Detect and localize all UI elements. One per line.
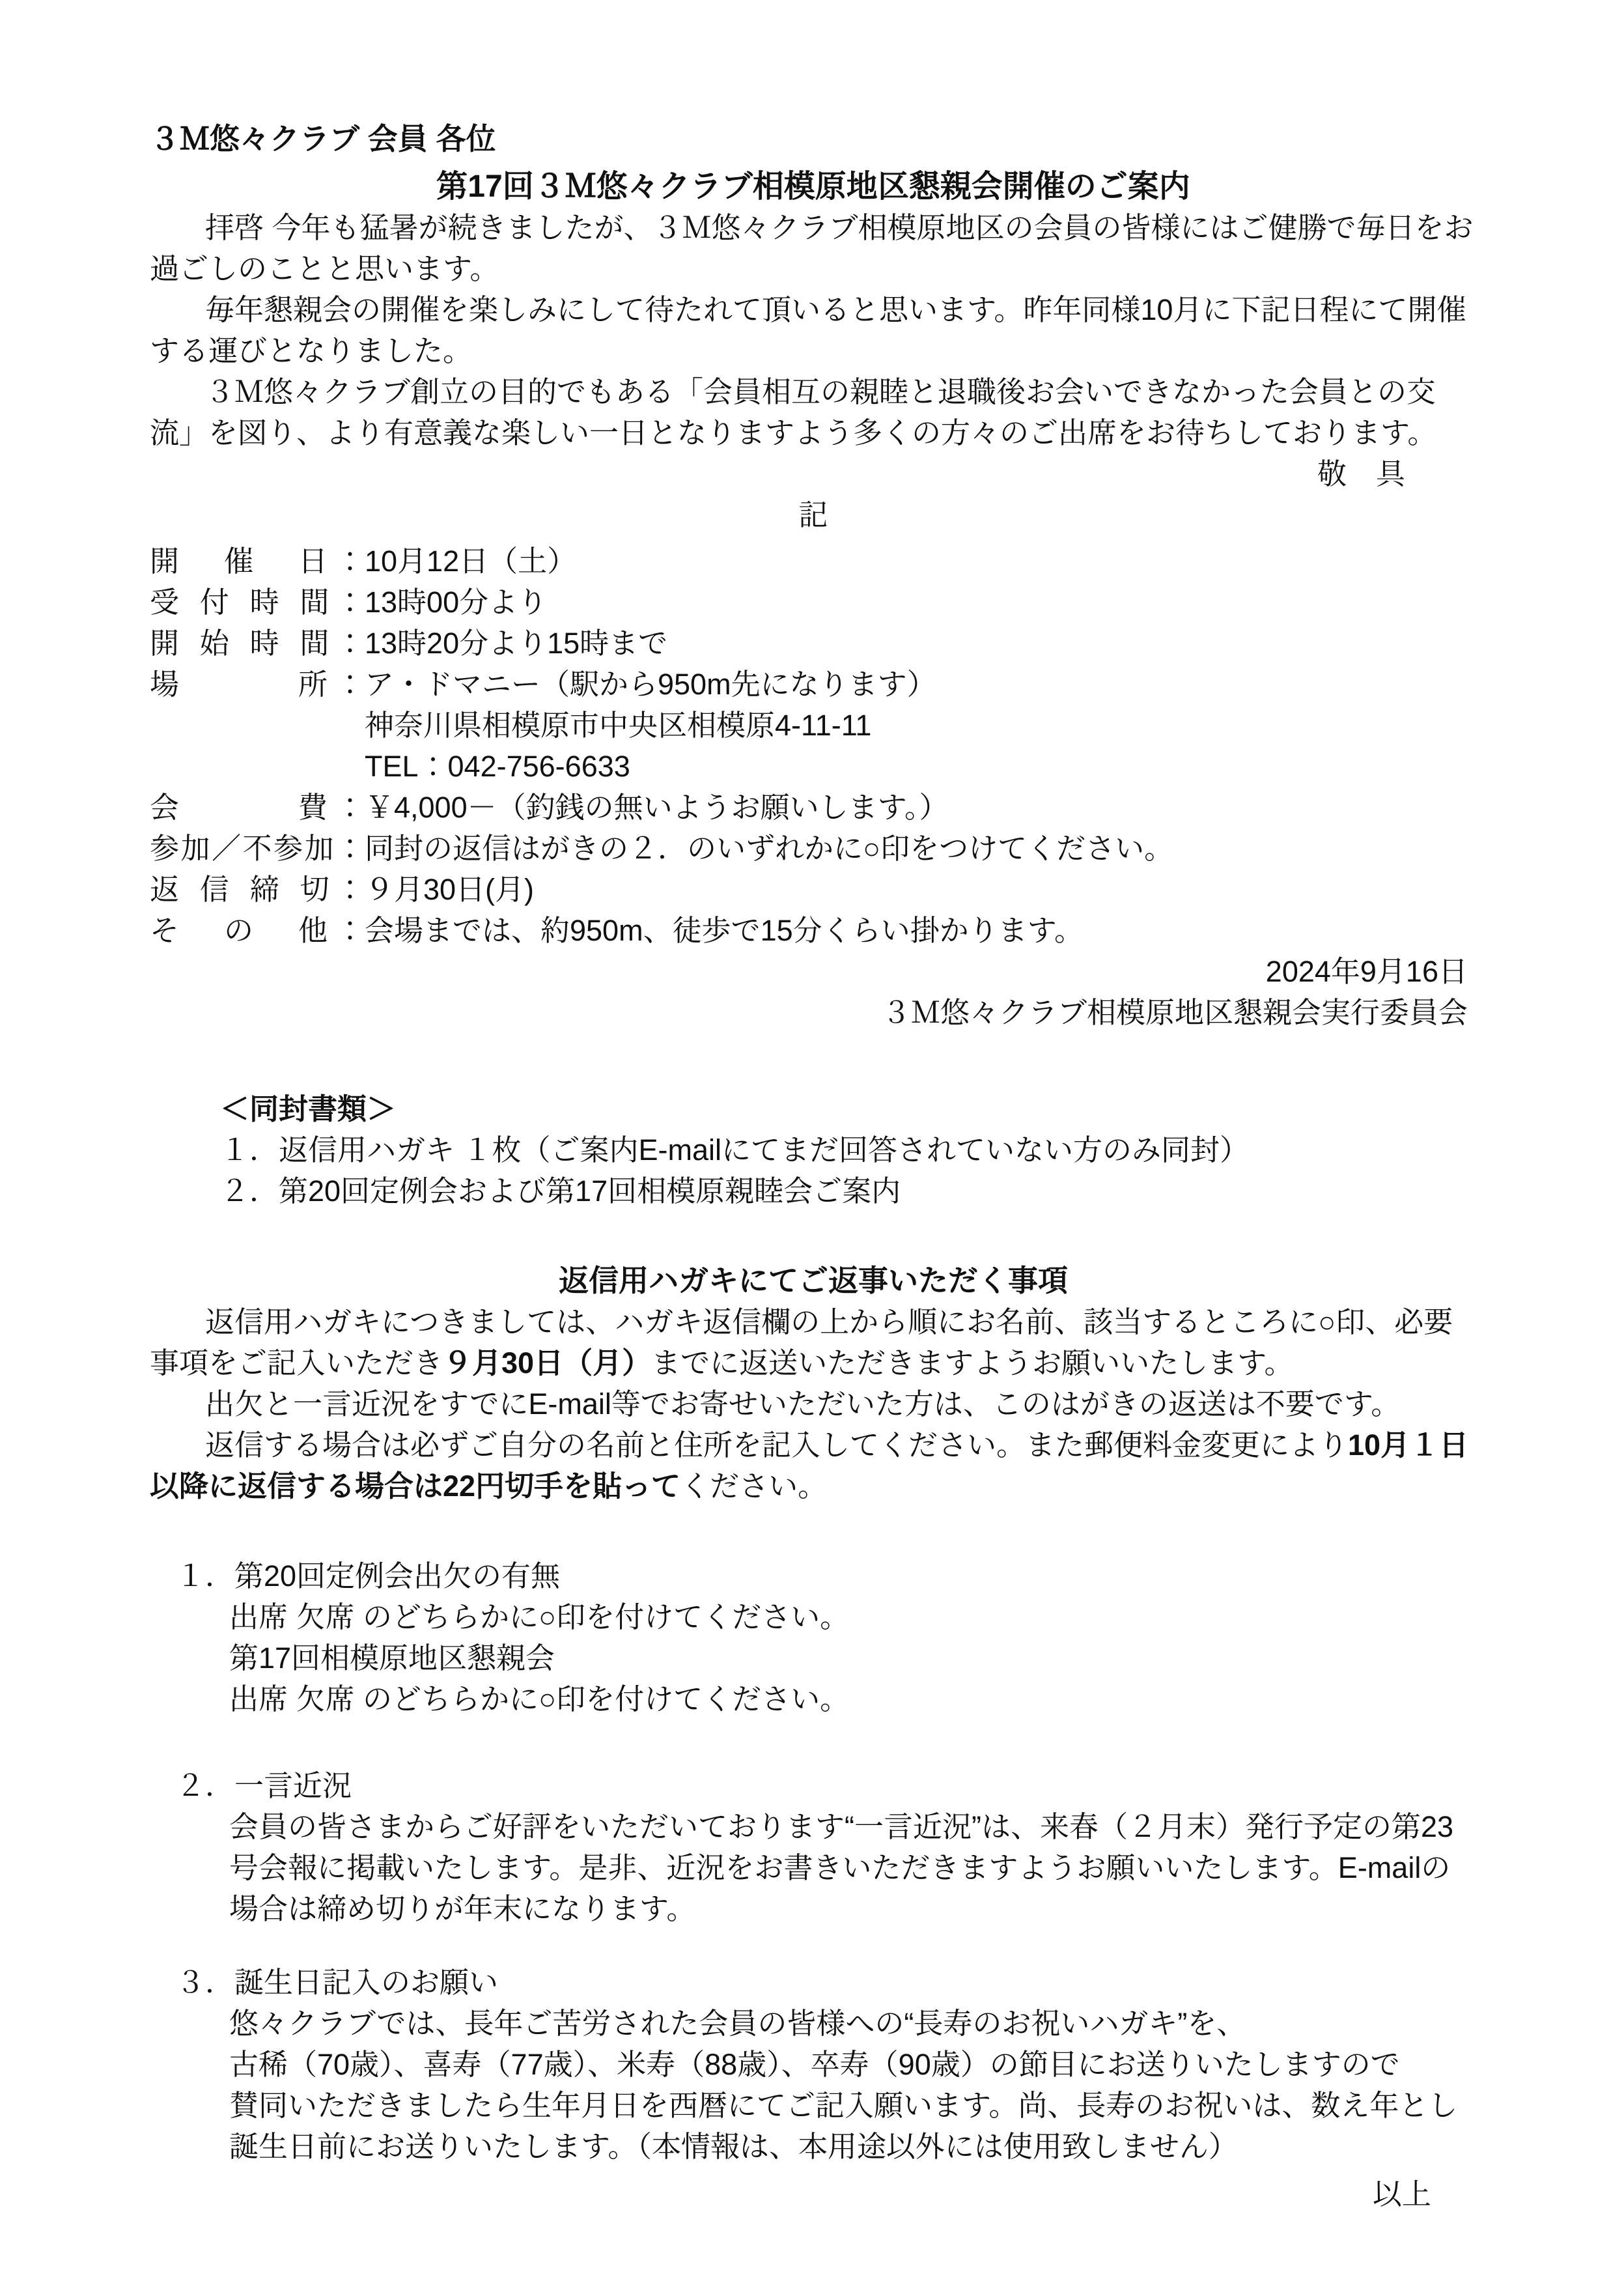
detail-row-other: そ の 他：会場までは、約950m、徒歩で15分くらい掛かります。 xyxy=(150,910,1477,951)
detail-value: 神奈川県相模原市中央区相模原4-11-11 xyxy=(365,709,871,742)
reply-section-2: ２．一言近況 会員の皆さまからご好評をいただいております“一言近況”は、来春（２… xyxy=(150,1765,1477,1929)
detail-row-date: 開 催 日：10月12日（土） xyxy=(150,541,1477,582)
reply-paragraph-1-post: までに返送いただきますようお願いいたします。 xyxy=(651,1346,1293,1380)
reply-section-3: ３．誕生日記入のお願い 悠々クラブでは、長年ご苦労された会員の皆様への“長寿のお… xyxy=(150,1962,1477,2167)
reply-paragraph-1: 返信用ハガキにつきましては、ハガキ返信欄の上から順にお名前、該当するところに○印… xyxy=(150,1301,1477,1383)
detail-label: 開 始 時 間： xyxy=(150,623,365,664)
section-2-body: 会員の皆さまからご好評をいただいております“一言近況”は、来春（２月末）発行予定… xyxy=(229,1806,1477,1929)
reply-section-1: １．第20回定例会出欠の有無 出席 欠席 のどちらかに○印を付けてください。 第… xyxy=(150,1555,1477,1720)
intro-paragraph-3: ３Ｍ悠々クラブ創立の目的でもある「会員相互の親睦と退職後お会いできなかった会員と… xyxy=(150,371,1477,453)
detail-value: ￥4,000－（釣銭の無いようお願いします。） xyxy=(365,791,949,824)
section-3-line-2: 古稀（70歳）、喜寿（77歳）、米寿（88歳）、卒寿（90歳）の節目にお送りいた… xyxy=(229,2044,1477,2085)
detail-value: ９月30日(月) xyxy=(365,873,534,906)
section-1-title: １．第20回定例会出欠の有無 xyxy=(176,1555,1477,1596)
reply-paragraph-3: 返信する場合は必ずご自分の名前と住所を記入してください。また郵便料金変更により1… xyxy=(150,1424,1477,1507)
reply-paragraph-3-pre: 返信する場合は必ずご自分の名前と住所を記入してください。また郵便料金変更により xyxy=(176,1428,1348,1462)
section-3-line-1: 悠々クラブでは、長年ご苦労された会員の皆様への“長寿のお祝いハガキ”を、 xyxy=(229,2003,1477,2044)
detail-value: 会場までは、約950m、徒歩で15分くらい掛かります。 xyxy=(365,914,1084,947)
reply-paragraph-2: 出欠と一言近況をすでにE-mail等でお寄せいただいた方は、このはがきの返送は不… xyxy=(150,1383,1477,1424)
intro-paragraph-1: 拝啓 今年も猛暑が続きましたが、３Ｍ悠々クラブ相模原地区の会員の皆様にはご健勝で… xyxy=(150,207,1477,289)
section-2-line-1: 会員の皆さまからご好評をいただいております“一言近況”は、来春（２月末）発行予定… xyxy=(229,1806,1477,1929)
end-mark: 以上 xyxy=(150,2174,1477,2215)
section-1-line-3: 出席 欠席 のどちらかに○印を付けてください。 xyxy=(229,1678,1477,1720)
event-details: 開 催 日：10月12日（土） 受 付 時 間：13時00分より 開 始 時 間… xyxy=(150,541,1477,951)
letter-content: ３Ｍ悠々クラブ 会員 各位 第17回３Ｍ悠々クラブ相模原地区懇親会開催のご案内 … xyxy=(0,0,1624,2215)
enclosure-item-1: １．返信用ハガキ １枚（ご案内E-mailにてまだ回答されていない方のみ同封） xyxy=(220,1129,1477,1170)
detail-label: 参加／不参加： xyxy=(150,828,365,869)
recipient-line: ３Ｍ悠々クラブ 会員 各位 xyxy=(150,119,1477,160)
deadline-bold-text: ９月30日（月） xyxy=(443,1346,651,1380)
section-3-title: ３．誕生日記入のお願い xyxy=(176,1962,1477,2003)
section-3-line-4: 誕生日前にお送りいたします。（本情報は、本用途以外には使用致しません） xyxy=(229,2126,1477,2167)
detail-value: 13時20分より15時まで xyxy=(365,627,667,660)
intro-paragraph-2: 毎年懇親会の開催を楽しみにして待たれて頂いると思います。昨年同様10月に下記日程… xyxy=(150,289,1477,371)
sender-line: ３Ｍ悠々クラブ相模原地区懇親会実行委員会 xyxy=(150,992,1477,1033)
detail-value: 同封の返信はがきの２．のいずれかに○印をつけてください。 xyxy=(365,832,1173,865)
section-3-body: 悠々クラブでは、長年ご苦労された会員の皆様への“長寿のお祝いハガキ”を、 古稀（… xyxy=(229,2003,1477,2167)
detail-label: 受 付 時 間： xyxy=(150,582,365,623)
closing-keigu: 敬 具 xyxy=(150,453,1477,494)
enclosures-block: ＜同封書類＞ １．返信用ハガキ １枚（ご案内E-mailにてまだ回答されていない… xyxy=(220,1088,1477,1211)
enclosures-heading: ＜同封書類＞ xyxy=(220,1088,1477,1129)
detail-label: 会 費： xyxy=(150,787,365,828)
detail-value: ア・ドマニー（駅から950m先になります） xyxy=(365,668,936,701)
record-mark: 記 xyxy=(150,494,1477,535)
detail-row-place: 場 所：ア・ドマニー（駅から950m先になります） xyxy=(150,664,1477,705)
enclosure-item-2: ２．第20回定例会および第17回相模原親睦会ご案内 xyxy=(220,1170,1477,1211)
reply-heading: 返信用ハガキにてご返事いただく事項 xyxy=(150,1260,1477,1301)
section-1-line-2: 第17回相模原地区懇親会 xyxy=(229,1637,1477,1678)
detail-label: 場 所： xyxy=(150,664,365,705)
detail-row-address: 神奈川県相模原市中央区相模原4-11-11 xyxy=(150,705,1477,746)
detail-label: 開 催 日： xyxy=(150,541,365,582)
detail-label: 返 信 締 切： xyxy=(150,869,365,910)
detail-row-start-time: 開 始 時 間：13時20分より15時まで xyxy=(150,623,1477,664)
letter-page: ３Ｍ悠々クラブ 会員 各位 第17回３Ｍ悠々クラブ相模原地区懇親会開催のご案内 … xyxy=(0,0,1624,2294)
detail-value: TEL：042-756-6633 xyxy=(365,750,630,783)
detail-row-reception-time: 受 付 時 間：13時00分より xyxy=(150,582,1477,623)
detail-row-reply-deadline: 返 信 締 切：９月30日(月) xyxy=(150,869,1477,910)
date-line: 2024年9月16日 xyxy=(150,951,1477,992)
section-1-body: 出席 欠席 のどちらかに○印を付けてください。 第17回相模原地区懇親会 出席 … xyxy=(229,1596,1477,1720)
detail-row-fee: 会 費：￥4,000－（釣銭の無いようお願いします。） xyxy=(150,787,1477,828)
detail-value: 10月12日（土） xyxy=(365,545,576,578)
section-1-line-1: 出席 欠席 のどちらかに○印を付けてください。 xyxy=(229,1596,1477,1637)
section-3-line-3: 賛同いただきましたら生年月日を西暦にてご記入願います。尚、長寿のお祝いは、数え年… xyxy=(229,2085,1477,2126)
reply-paragraph-3-post: ください。 xyxy=(680,1469,827,1503)
section-2-title: ２．一言近況 xyxy=(176,1765,1477,1806)
detail-row-tel: TEL：042-756-6633 xyxy=(150,746,1477,787)
document-title: 第17回３Ｍ悠々クラブ相模原地区懇親会開催のご案内 xyxy=(150,166,1477,207)
detail-value: 13時00分より xyxy=(365,586,547,619)
detail-label: そ の 他： xyxy=(150,910,365,951)
detail-row-attendance: 参加／不参加：同封の返信はがきの２．のいずれかに○印をつけてください。 xyxy=(150,828,1477,869)
